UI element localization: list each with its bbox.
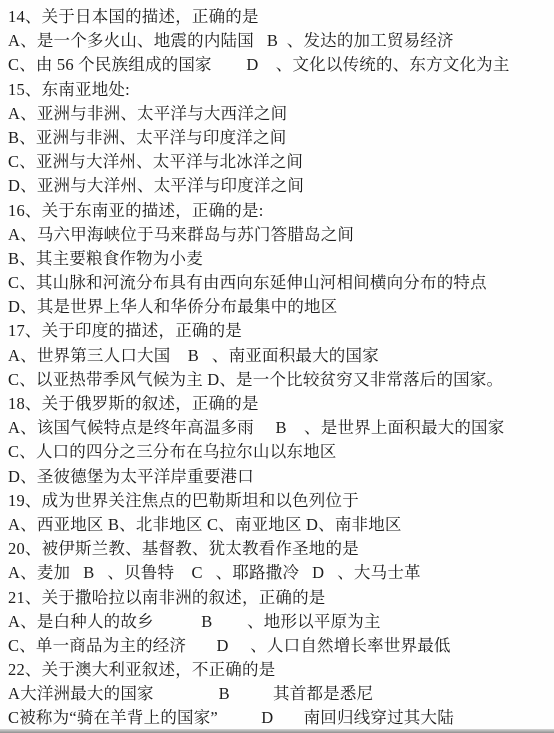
question-21-options-cd: C、单一商品为主的经济 D 、人口自然增长率世界最低 <box>8 634 554 658</box>
question-16-stem: 16、关于东南亚的描述，正确的是: <box>8 199 554 223</box>
question-18-stem: 18、关于俄罗斯的叙述，正确的是 <box>8 392 554 416</box>
exam-document-page: 14、关于日本国的描述，正确的是 A、是一个多火山、地震的内陆国 B 、发达的加… <box>0 0 554 733</box>
question-16-option-b: B、其主要粮食作物为小麦 <box>8 247 554 271</box>
question-21-options-ab: A、是白种人的故乡 B 、地形以平原为主 <box>8 610 554 634</box>
question-17: 17、关于印度的描述，正确的是 A、世界第三人口大国 B 、南亚面积最大的国家 … <box>8 319 554 392</box>
question-22-options-cd: C被称为“骑在羊背上的国家” D 南回归线穿过其大陆 <box>8 706 554 730</box>
question-22-stem: 22、关于澳大利亚叙述，不正确的是 <box>8 658 554 682</box>
question-22-options-ab: A大洋洲最大的国家 B 其首都是悉尼 <box>8 682 554 706</box>
question-17-stem: 17、关于印度的描述，正确的是 <box>8 319 554 343</box>
question-19: 19、成为世界关注焦点的巴勒斯坦和以色列位于 A、西亚地区 B、北非地区 C、南… <box>8 489 554 537</box>
question-15: 15、东南亚地处: A、亚洲与非洲、太平洋与大西洋之间 B、亚洲与非洲、太平洋与… <box>8 78 554 199</box>
question-16-option-d: D、其是世界上华人和华侨分布最集中的地区 <box>8 295 554 319</box>
page-bottom-edge <box>0 729 554 733</box>
question-15-option-d: D、亚洲与大洋州、太平洋与印度洋之间 <box>8 174 554 198</box>
question-21-stem: 21、关于撒哈拉以南非洲的叙述，正确的是 <box>8 586 554 610</box>
question-15-option-a: A、亚洲与非洲、太平洋与大西洋之间 <box>8 102 554 126</box>
question-16: 16、关于东南亚的描述，正确的是: A、马六甲海峡位于马来群岛与苏门答腊岛之间 … <box>8 199 554 320</box>
question-22: 22、关于澳大利亚叙述，不正确的是 A大洋洲最大的国家 B 其首都是悉尼 C被称… <box>8 658 554 731</box>
question-18-option-d: D、圣彼德堡为太平洋岸重要港口 <box>8 465 554 489</box>
question-20-options-abcd: A、麦加 B 、贝鲁特 C 、耶路撒冷 D 、大马士革 <box>8 561 554 585</box>
question-14-stem: 14、关于日本国的描述，正确的是 <box>8 5 554 29</box>
question-21: 21、关于撒哈拉以南非洲的叙述，正确的是 A、是白种人的故乡 B 、地形以平原为… <box>8 586 554 659</box>
question-17-options-cd: C、以亚热带季风气候为主 D、是一个比较贫穷又非常落后的国家。 <box>8 368 554 392</box>
question-15-option-b: B、亚洲与非洲、太平洋与印度洋之间 <box>8 126 554 150</box>
question-16-option-a: A、马六甲海峡位于马来群岛与苏门答腊岛之间 <box>8 223 554 247</box>
question-18-options-ab: A、该国气候特点是终年高温多雨 B 、是世界上面积最大的国家 <box>8 416 554 440</box>
question-14-options-cd: C、由 56 个民族组成的国家 D 、文化以传统的、东方文化为主 <box>8 53 554 77</box>
question-15-option-c: C、亚洲与大洋州、太平洋与北冰洋之间 <box>8 150 554 174</box>
question-20: 20、被伊斯兰教、基督教、犹太教看作圣地的是 A、麦加 B 、贝鲁特 C 、耶路… <box>8 537 554 585</box>
question-17-options-ab: A、世界第三人口大国 B 、南亚面积最大的国家 <box>8 344 554 368</box>
question-16-option-c: C、其山脉和河流分布具有由西向东延伸山河相间横向分布的特点 <box>8 271 554 295</box>
question-15-stem: 15、东南亚地处: <box>8 78 554 102</box>
question-18-option-c: C、人口的四分之三分布在乌拉尔山以东地区 <box>8 440 554 464</box>
question-19-stem: 19、成为世界关注焦点的巴勒斯坦和以色列位于 <box>8 489 554 513</box>
question-14-options-ab: A、是一个多火山、地震的内陆国 B 、发达的加工贸易经济 <box>8 29 554 53</box>
question-18: 18、关于俄罗斯的叙述，正确的是 A、该国气候特点是终年高温多雨 B 、是世界上… <box>8 392 554 489</box>
question-20-stem: 20、被伊斯兰教、基督教、犹太教看作圣地的是 <box>8 537 554 561</box>
question-19-options-abcd: A、西亚地区 B、北非地区 C、南亚地区 D、南非地区 <box>8 513 554 537</box>
question-14: 14、关于日本国的描述，正确的是 A、是一个多火山、地震的内陆国 B 、发达的加… <box>8 5 554 78</box>
